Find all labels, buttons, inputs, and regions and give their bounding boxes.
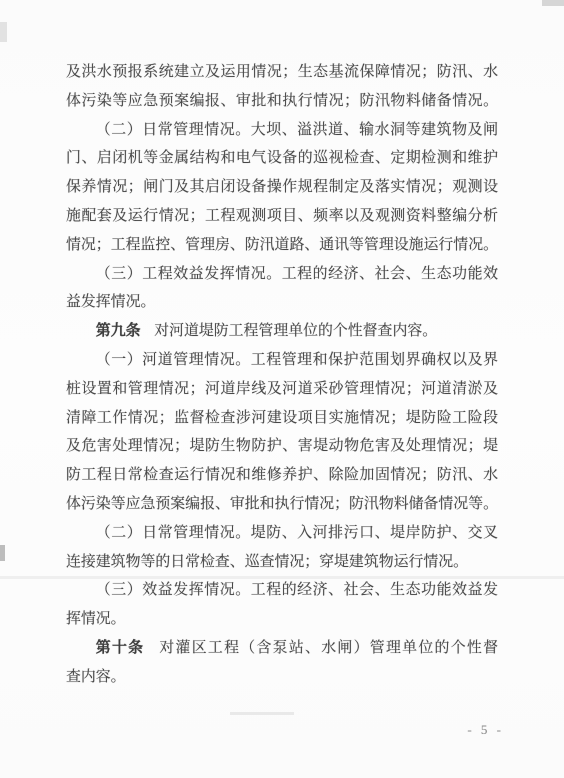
text-line-content: （三）效益发挥情况。工程的经济、社会、生态功能效益发 xyxy=(96,582,498,598)
article-number-label: 第十条 xyxy=(96,640,145,656)
text-line: 及洪水预报系统建立及运用情况；生态基流保障情况；防汛、水 xyxy=(66,58,498,87)
text-line-content: （二）日常管理情况。堤防、入河排污口、堤岸防护、交叉 xyxy=(96,525,498,541)
text-line: 清障工作情况；监督检查涉河建设项目实施情况；堤防险工险段 xyxy=(66,404,498,433)
text-line: （三）工程效益发挥情况。工程的经济、社会、生态功能效 xyxy=(66,260,498,289)
text-line-content: 连接建筑物等的日常检查、巡查情况；穿堤建筑物运行情况。 xyxy=(66,554,468,570)
text-line-content: 查内容。 xyxy=(66,669,126,685)
text-line: 防工程日常检查运行情况和维修养护、除险加固情况；防汛、水 xyxy=(66,461,498,490)
text-line: 保养情况；闸门及其启闭设备操作规程制定及落实情况；观测设 xyxy=(66,173,498,202)
page-number: - 5 - xyxy=(467,720,504,740)
scan-artifact-left-top xyxy=(0,22,7,42)
text-line-content: 情况；工程监控、管理房、防汛道路、通讯等管理设施运行情况。 xyxy=(66,237,498,253)
article-number-label: 第九条 xyxy=(96,323,141,339)
text-line: 体污染等应急预案编报、审批和执行情况；防汛物料储备情况。 xyxy=(66,87,498,116)
document-lines: 及洪水预报系统建立及运用情况；生态基流保障情况；防汛、水体污染等应急预案编报、审… xyxy=(66,58,498,692)
text-line-content: 及危害处理情况；堤防生物防护、害堤动物危害及处理情况；堤 xyxy=(66,438,498,454)
text-line-content: 防工程日常检查运行情况和维修养护、除险加固情况；防汛、水 xyxy=(66,467,498,483)
scan-artifact-smudge xyxy=(230,712,294,715)
text-line-content: 清障工作情况；监督检查涉河建设项目实施情况；堤防险工险段 xyxy=(66,410,498,426)
text-line: （二）日常管理情况。大坝、溢洪道、输水洞等建筑物及闸 xyxy=(66,116,498,145)
scanned-document-page: 及洪水预报系统建立及运用情况；生态基流保障情况；防汛、水体污染等应急预案编报、审… xyxy=(0,0,564,778)
text-line-content: 体污染等应急预案编报、审批和执行情况；防汛物料储备情况等。 xyxy=(66,496,498,512)
text-line: 及危害处理情况；堤防生物防护、害堤动物危害及处理情况；堤 xyxy=(66,432,498,461)
text-line-content: 施配套及运行情况；工程观测项目、频率以及观测资料整编分析 xyxy=(66,208,498,224)
text-line-content: （一）河道管理情况。工程管理和保护范围划界确权以及界 xyxy=(96,352,498,368)
text-line-content: 对河道堤防工程管理单位的个性督查内容。 xyxy=(154,323,437,339)
text-line: 门、启闭机等金属结构和电气设备的巡视检查、定期检测和维护 xyxy=(66,144,498,173)
text-line: 挥情况。 xyxy=(66,605,498,634)
text-line-content: 益发挥情况。 xyxy=(66,294,155,310)
text-line: 连接建筑物等的日常检查、巡查情况；穿堤建筑物运行情况。 xyxy=(66,548,498,577)
text-line: 桩设置和管理情况；河道岸线及河道采砂管理情况；河道清淤及 xyxy=(66,375,498,404)
text-line-content: 门、启闭机等金属结构和电气设备的巡视检查、定期检测和维护 xyxy=(66,150,498,166)
text-line: 施配套及运行情况；工程观测项目、频率以及观测资料整编分析 xyxy=(66,202,498,231)
text-line: 第九条对河道堤防工程管理单位的个性督查内容。 xyxy=(66,317,498,346)
text-line: （一）河道管理情况。工程管理和保护范围划界确权以及界 xyxy=(66,346,498,375)
scan-artifact-left-mid xyxy=(0,545,5,561)
text-line: 查内容。 xyxy=(66,663,498,692)
text-line: 情况；工程监控、管理房、防汛道路、通讯等管理设施运行情况。 xyxy=(66,231,498,260)
scan-artifact-top-right xyxy=(542,0,564,6)
text-line-content: 挥情况。 xyxy=(66,611,126,627)
text-line-content: （二）日常管理情况。大坝、溢洪道、输水洞等建筑物及闸 xyxy=(96,122,498,138)
text-line-content: 保养情况；闸门及其启闭设备操作规程制定及落实情况；观测设 xyxy=(66,179,498,195)
text-line-content: 及洪水预报系统建立及运用情况；生态基流保障情况；防汛、水 xyxy=(66,64,498,80)
text-line: 益发挥情况。 xyxy=(66,288,498,317)
text-line: （二）日常管理情况。堤防、入河排污口、堤岸防护、交叉 xyxy=(66,519,498,548)
text-line-content: 对灌区工程（含泵站、水闸）管理单位的个性督 xyxy=(158,640,498,656)
text-line: 第十条对灌区工程（含泵站、水闸）管理单位的个性督 xyxy=(66,634,498,663)
text-line: 体污染等应急预案编报、审批和执行情况；防汛物料储备情况等。 xyxy=(66,490,498,519)
text-line: （三）效益发挥情况。工程的经济、社会、生态功能效益发 xyxy=(66,576,498,605)
text-line-content: 桩设置和管理情况；河道岸线及河道采砂管理情况；河道清淤及 xyxy=(66,381,498,397)
text-line-content: 体污染等应急预案编报、审批和执行情况；防汛物料储备情况。 xyxy=(66,93,498,109)
text-line-content: （三）工程效益发挥情况。工程的经济、社会、生态功能效 xyxy=(96,266,498,282)
